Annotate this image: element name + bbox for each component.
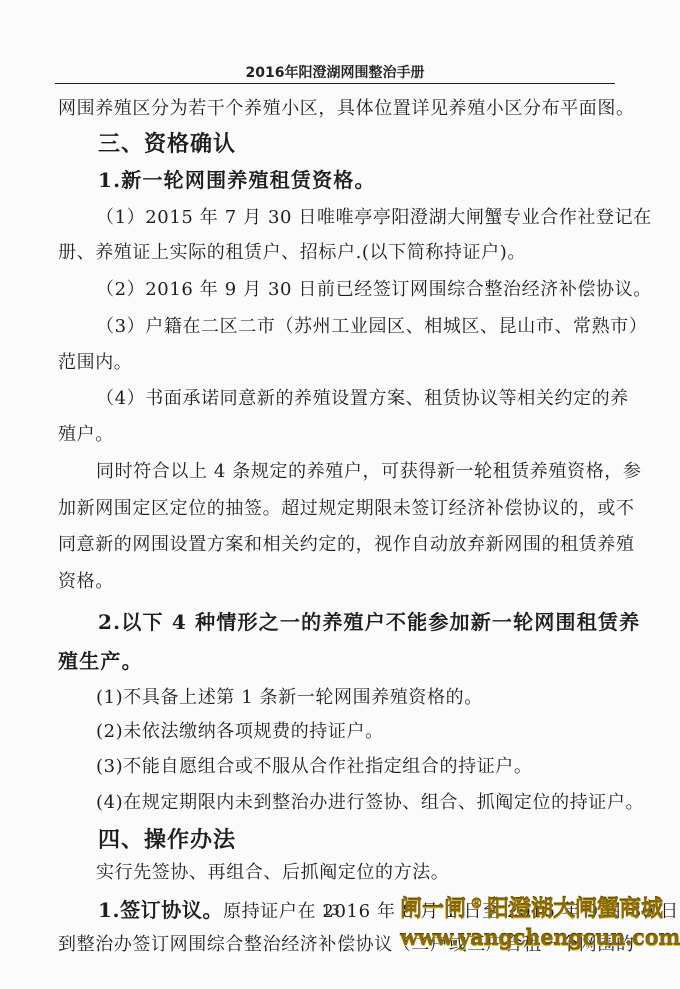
header-rule (55, 83, 615, 84)
paragraph-line: 册、养殖证上实际的租赁户、招标户.(以下简称持证户)。 (58, 238, 526, 264)
list-item: (4)在规定期限内未到整治办进行签协、组合、抓阄定位的持证户。 (96, 788, 644, 814)
paragraph-line: 范围内。 (58, 348, 132, 374)
list-item: (1)不具备上述第 1 条新一轮网围养殖资格的。 (96, 683, 483, 709)
subheading-lease-qualification: 1.新一轮网围养殖租赁资格。 (98, 164, 376, 193)
paragraph-line: （3）户籍在二区二市（苏州工业园区、相城区、昆山市、常熟市） (96, 312, 647, 338)
watermark-brand-left: 闸一闸 (400, 896, 466, 922)
subheading-exclusions: 2.以下 4 种情形之一的养殖户不能参加新一轮网围租赁养 (98, 606, 640, 635)
paragraph-line: （1）2015 年 7 月 30 日唯唯亭亭阳澄湖大闸蟹专业合作社登记在 (96, 203, 652, 229)
paragraph-line: 殖户。 (58, 420, 114, 446)
watermark: 闸一闸®阳澄湖大闸蟹商城 www.yangchengcun.com (400, 892, 660, 950)
paragraph-line: 资格。 (58, 567, 114, 593)
paragraph-line: 加新网围定区定位的抽签。超过规定期限未签订经济补偿协议的，或不 (58, 494, 635, 520)
list-item: (3)不能自愿组合或不服从合作社指定组合的持证户。 (96, 752, 533, 778)
paragraph-line: （4）书面承诺同意新的养殖设置方案、租赁协议等相关约定的养 (96, 384, 629, 410)
subheading-exclusions-cont: 殖生产。 (58, 645, 143, 674)
watermark-url: www.yangchengcun.com (400, 925, 660, 950)
watermark-brand: 闸一闸®阳澄湖大闸蟹商城 (400, 892, 660, 923)
page-number: 13 (322, 903, 340, 919)
registered-icon: ® (470, 897, 483, 912)
sign-agreement-label: 1.签订协议。 (98, 898, 223, 922)
paragraph-line: 同意新的网围设置方案和相关约定的，视作自动放弃新网围的租赁养殖 (58, 530, 635, 556)
paragraph-line: 同时符合以上 4 条规定的养殖户，可获得新一轮租赁养殖资格，参 (96, 457, 642, 483)
section-heading-qualification: 三、资格确认 (98, 127, 236, 158)
document-page: 2016年阳澄湖网围整治手册 网围养殖区分为若干个养殖小区，具体位置详见养殖小区… (0, 0, 680, 989)
paragraph-line: 实行先签协、再组合、后抓阄定位的方法。 (96, 858, 449, 884)
paragraph-line: （2）2016 年 9 月 30 日前已经签订网围综合整治经济补偿协议。 (96, 275, 652, 301)
paragraph-line: 网围养殖区分为若干个养殖小区，具体位置详见养殖小区分布平面图。 (58, 94, 635, 120)
watermark-brand-right: 阳澄湖大闸蟹商城 (487, 896, 663, 922)
section-heading-procedure: 四、操作办法 (98, 823, 236, 854)
list-item: (2)未依法缴纳各项规费的持证户。 (96, 717, 384, 743)
running-header: 2016年阳澄湖网围整治手册 (55, 62, 615, 82)
